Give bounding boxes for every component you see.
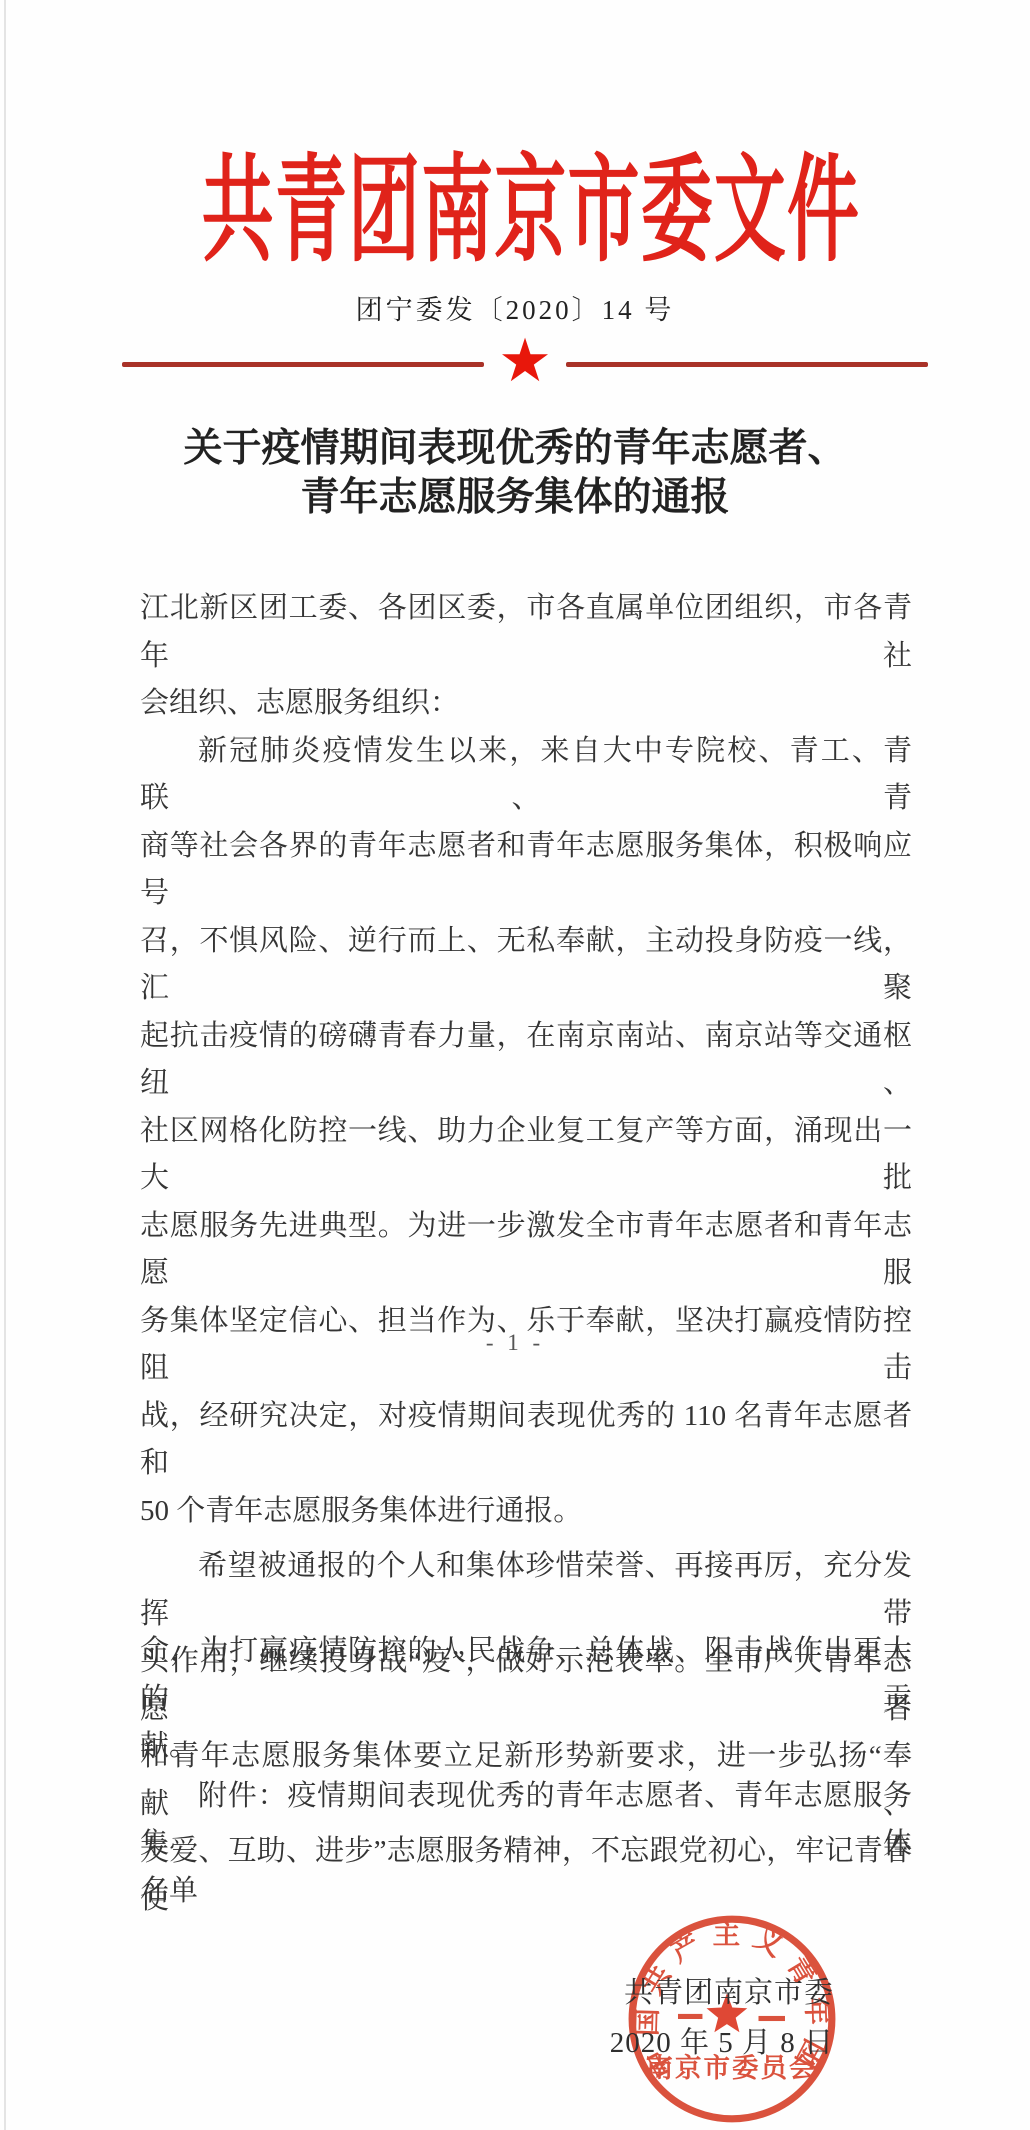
document-line: 召，不惧风险、逆行而上、无私奉献，主动投身防疫一线，汇聚 — [140, 918, 912, 1013]
document-number: 团宁委发〔2020〕14 号 — [0, 288, 1030, 327]
issuing-authority: 共青团南京市委 — [610, 1968, 834, 2018]
document-line: 起抗击疫情的磅礴青春力量，在南京南站、南京站等交通枢纽、 — [140, 1013, 912, 1108]
document-line: 商等社会各界的青年志愿者和青年志愿服务集体，积极响应号 — [140, 823, 912, 918]
attachment-note: 附件：疫情期间表现优秀的青年志愿者、青年志愿服务集体名单 — [140, 1773, 912, 1916]
red-divider: ★ — [122, 335, 928, 393]
document-line: 命，为打赢疫情防控的人民战争、总体战、阻击战作出更大的贡 — [140, 1628, 912, 1723]
document-title: 关于疫情期间表现优秀的青年志愿者、 青年志愿服务集体的通报 — [0, 424, 1030, 522]
document-title-line2: 青年志愿服务集体的通报 — [0, 473, 1030, 522]
document-line: 会组织、志愿服务组织： — [140, 680, 912, 728]
signature-block: 共青团南京市委 2020 年 5 月 8 日 — [610, 1968, 834, 2068]
document-line: 希望被通报的个人和集体珍惜荣誉、再接再厉，充分发挥带 — [140, 1543, 912, 1638]
issue-date: 2020 年 5 月 8 日 — [610, 2018, 834, 2068]
red-rule-right — [566, 362, 928, 367]
document-line: 社区网格化防控一线、助力企业复工复产等方面，涌现出一大批 — [140, 1108, 912, 1203]
document-line: 战，经研究决定，对疫情期间表现优秀的 110 名青年志愿者和 — [140, 1393, 912, 1488]
red-rule-left — [122, 362, 484, 367]
body-text-page2: 命，为打赢疫情防控的人民战争、总体战、阻击战作出更大的贡献。 — [140, 1628, 912, 1771]
document-line: 志愿服务先进典型。为进一步激发全市青年志愿者和青年志愿服 — [140, 1203, 912, 1298]
page-number: - 1 - — [0, 1330, 1030, 1356]
document-line: 50 个青年志愿服务集体进行通报。 — [140, 1488, 912, 1536]
document-line: 附件：疫情期间表现优秀的青年志愿者、青年志愿服务集体 — [140, 1773, 912, 1868]
document-line: 新冠肺炎疫情发生以来，来自大中专院校、青工、青联、青 — [140, 728, 912, 823]
document-line: 江北新区团工委、各团区委，市各直属单位团组织，市各青年社 — [140, 585, 912, 680]
document-title-line1: 关于疫情期间表现优秀的青年志愿者、 — [0, 424, 1030, 473]
official-document-page: 共青团南京市委文件 团宁委发〔2020〕14 号 ★ 关于疫情期间表现优秀的青年… — [0, 0, 1030, 2130]
document-line: 献。 — [140, 1723, 912, 1771]
letterhead: 共青团南京市委文件 — [0, 148, 1030, 278]
document-line: 名单 — [140, 1868, 912, 1916]
letterhead-title: 共青团南京市委文件 — [202, 148, 860, 278]
red-star-icon: ★ — [498, 331, 552, 391]
